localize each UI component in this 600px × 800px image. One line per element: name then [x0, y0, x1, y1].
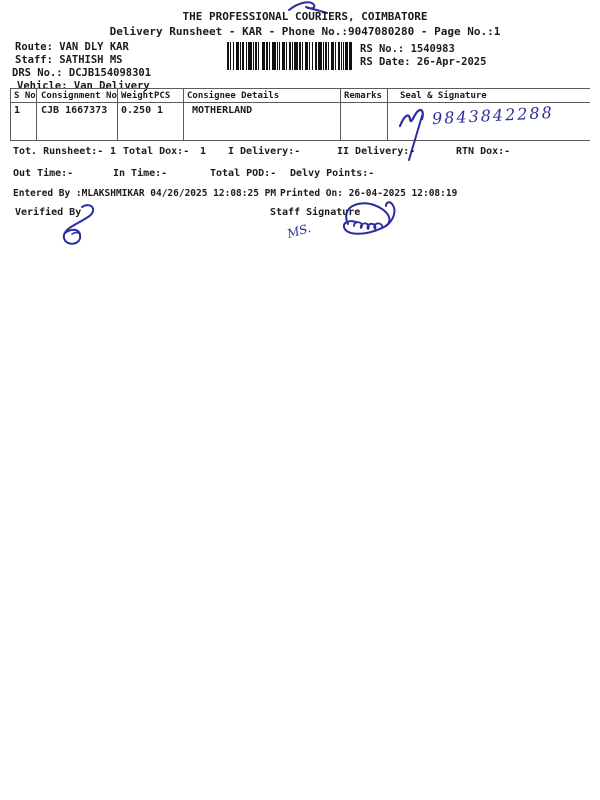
col-header-s-no: S No: [14, 91, 36, 101]
verified-by-signature: [52, 201, 100, 251]
ii-delivery-label: II Delivery:-: [337, 146, 415, 157]
rs-no-line: RS No.: 1540983: [360, 43, 455, 55]
in-time-label: In Time:-: [113, 168, 167, 179]
rs-date-line: RS Date: 26-Apr-2025: [360, 56, 486, 68]
total-dox-value: 1: [200, 146, 206, 157]
col-header-consignee: Consignee Details: [187, 91, 279, 101]
page-subtitle: Delivery Runsheet - KAR - Phone No.:9047…: [0, 25, 600, 38]
col-header-weight: Weight: [121, 91, 154, 101]
cell-consignee: MOTHERLAND: [192, 105, 252, 116]
page-title: THE PROFESSIONAL COURIERS, COIMBATORE: [0, 10, 600, 23]
barcode: [227, 42, 352, 70]
rtn-dox-label: RTN Dox:-: [456, 146, 510, 157]
i-delivery-label: I Delivery:-: [228, 146, 300, 157]
cell-pcs: 1: [157, 105, 163, 116]
delivery-runsheet-document: THE PROFESSIONAL COURIERS, COIMBATORE De…: [0, 0, 600, 800]
delvy-points-label: Delvy Points:-: [290, 168, 374, 179]
out-time-label: Out Time:-: [13, 168, 73, 179]
staff-signature-scribble: [300, 198, 400, 250]
total-pod-label: Total POD:-: [210, 168, 276, 179]
col-header-remarks: Remarks: [344, 91, 382, 101]
seal-signature-phone: 9843842288: [432, 103, 555, 128]
staff-line: Staff: SATHISH MS: [15, 54, 122, 66]
col-header-consignment-no: Consignment No: [41, 91, 117, 101]
cell-weight: 0.250: [121, 105, 151, 116]
cell-s-no: 1: [14, 105, 20, 116]
cell-consignment-no: CJB 1667373: [41, 105, 107, 116]
drs-no-line: DRS No.: DCJB154098301: [12, 67, 151, 79]
route-line: Route: VAN DLY KAR: [15, 41, 129, 53]
entered-by-line: Entered By :MLAKSHMIKAR 04/26/2025 12:08…: [13, 188, 276, 199]
tot-runsheet-value: 1: [110, 146, 116, 157]
tot-runsheet-label: Tot. Runsheet:-: [13, 146, 103, 157]
col-header-pcs: PCS: [154, 91, 170, 101]
total-dox-label: Total Dox:-: [123, 146, 189, 157]
